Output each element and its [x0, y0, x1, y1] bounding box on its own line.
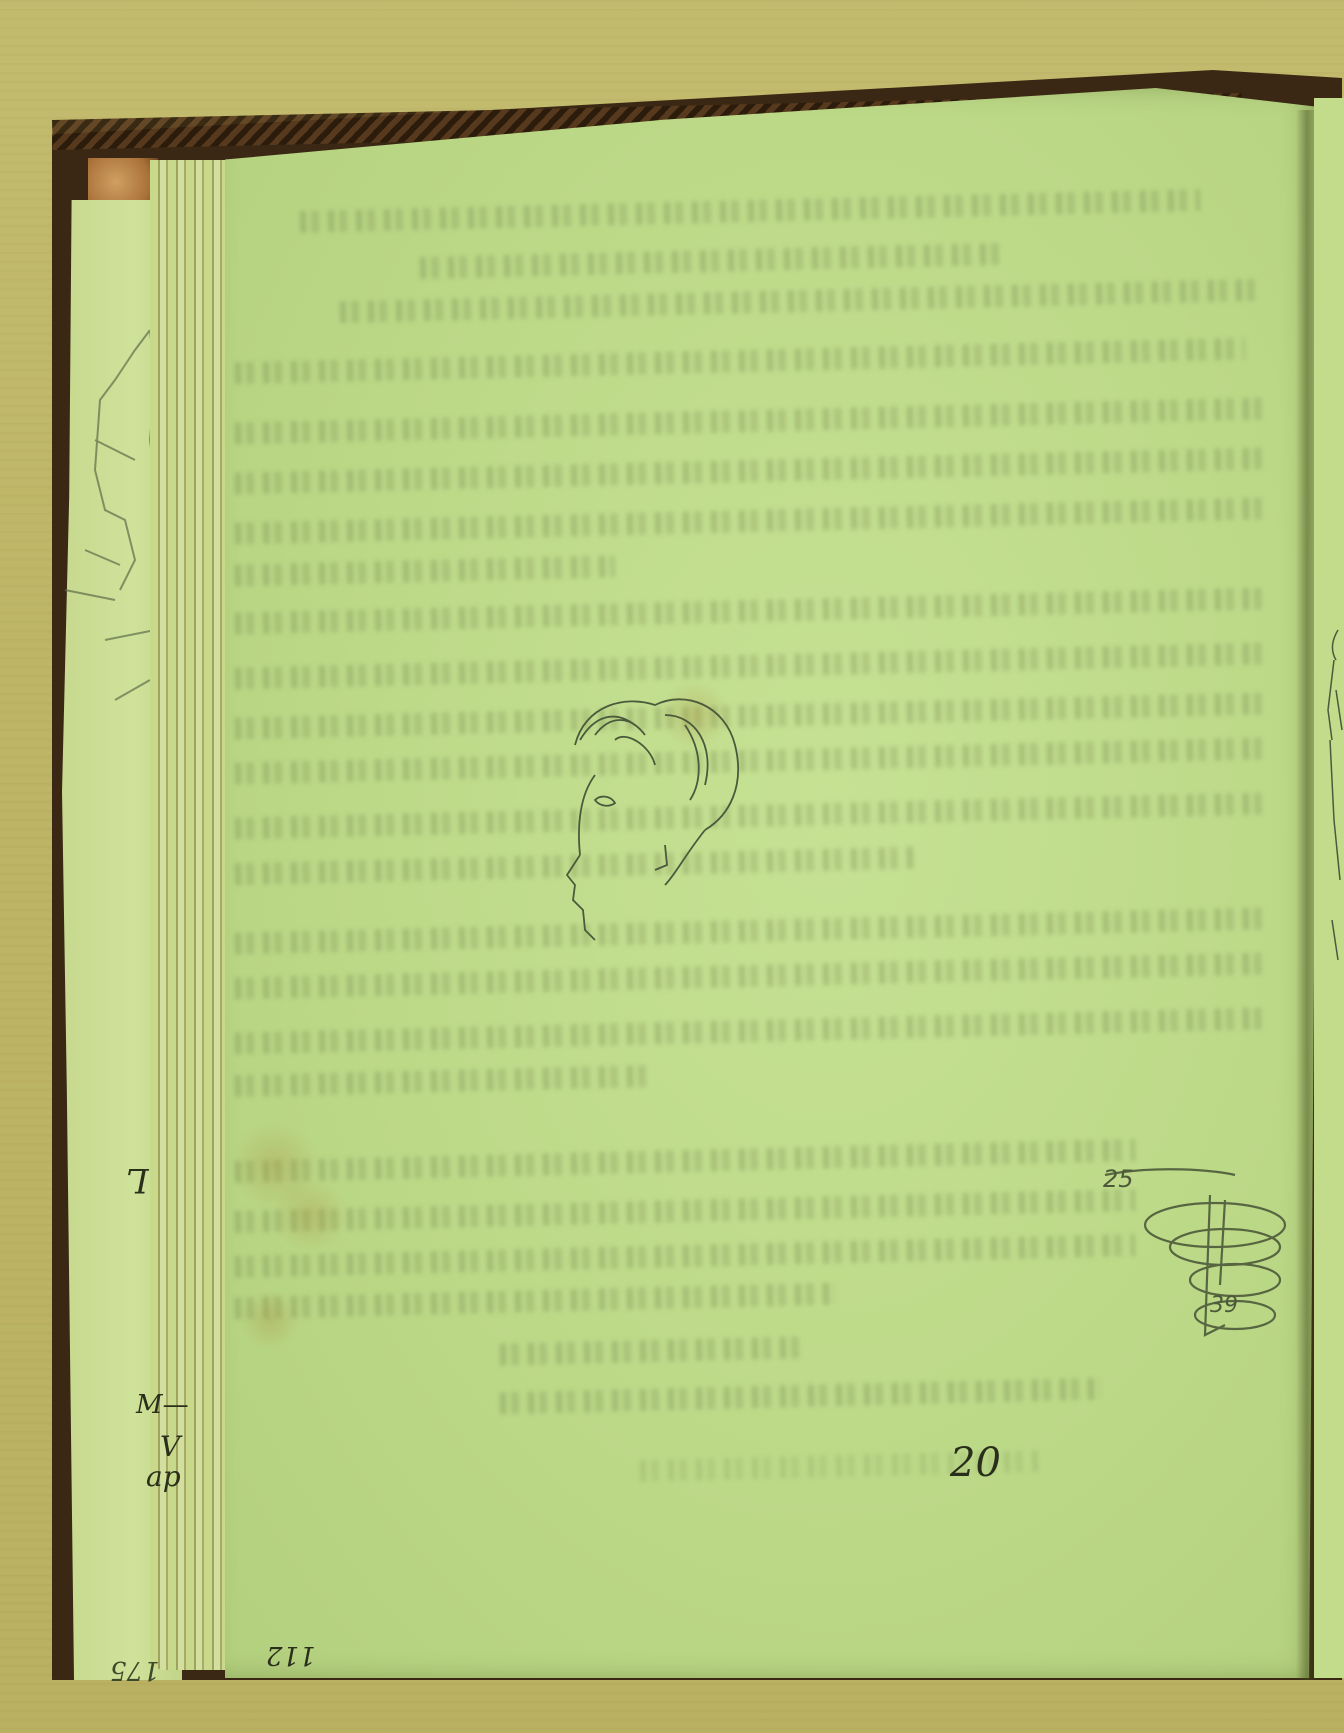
facing-page-figure-sketch — [1310, 620, 1344, 1000]
margin-note-line2: V — [160, 1430, 180, 1463]
manuscript-page — [225, 88, 1320, 1678]
margin-note-line1: M— — [136, 1390, 189, 1420]
left-leaf-pencil-sketch — [55, 320, 165, 820]
pencil-number-bottom: 39 — [1210, 1293, 1238, 1318]
foxing-stain — [240, 1290, 300, 1350]
folio-number: 112 — [266, 1640, 316, 1670]
margin-note-line3: ap — [146, 1460, 181, 1493]
left-leaf-folio-number: 175 — [110, 1655, 160, 1685]
marbled-endpaper — [88, 158, 158, 206]
pencil-number-top: 25 — [1103, 1165, 1134, 1193]
pencil-profile-sketch — [555, 685, 755, 945]
margin-letter: L — [126, 1160, 149, 1200]
left-leaf-folio-note: 175 — [110, 1655, 160, 1685]
foxing-stain — [270, 1180, 350, 1250]
bottom-folio-note: 112 — [266, 1640, 316, 1670]
page-number: 20 — [950, 1440, 1001, 1486]
